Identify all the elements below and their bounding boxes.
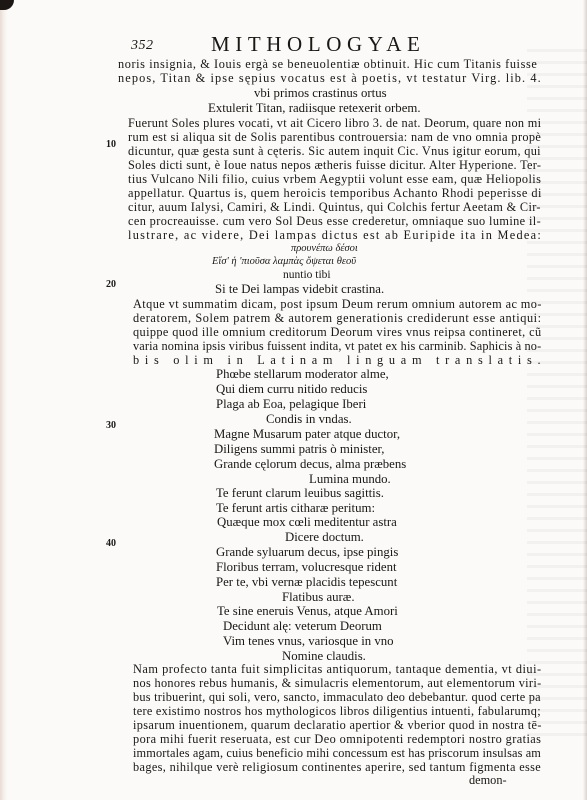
verse-line: Si te Dei lampas videbit crastina. xyxy=(215,282,384,296)
text-line: Atque vt summatim dicam, post ipsum Deum… xyxy=(133,297,542,311)
text-line: quippe quod ille omnium creditorum Deoru… xyxy=(133,325,541,339)
text-line: Nam profecto tanta fuit simplicitas anti… xyxy=(133,662,542,676)
page-header: 352 MITHOLOGYAE xyxy=(131,32,541,54)
margin-line-number: 20 xyxy=(106,279,116,290)
verse-line: Grande syluarum decus, ipse pingis xyxy=(216,545,398,559)
verse-line: Nomine claudis. xyxy=(282,649,366,663)
verse-line: Te sine eneruis Venus, atque Amori xyxy=(217,604,398,618)
text-line: rum est si aliqua sit de Solis parentibu… xyxy=(128,130,541,144)
catchword: demon- xyxy=(469,773,507,787)
margin-line-number: 30 xyxy=(106,420,116,431)
text-line: lustrare, ac videre, Dei lampas dictus e… xyxy=(128,228,542,242)
verse-line: Grande cęlorum decus, alma præbens xyxy=(214,457,406,471)
text-line: Soles dicti sunt, è Ioue natus nepos æth… xyxy=(128,158,541,172)
text-line: bages, nihilque verè religiosum continen… xyxy=(133,760,541,774)
text-line: tius Vulcano Nili filio, cuius vrbem Aeg… xyxy=(128,172,541,186)
text-line: varia nomina ipsis viribus fuissent indi… xyxy=(133,339,541,353)
running-title: MITHOLOGYAE xyxy=(211,32,425,57)
margin-line-number: 10 xyxy=(106,139,116,150)
verse-line: Per te, vbi vernæ placidis tepescunt xyxy=(216,575,397,589)
text-line: immortales agam, cuius beneficio mihi co… xyxy=(133,746,541,760)
text-line: bus tribuerint, qui soli, vero, sancto, … xyxy=(133,690,541,704)
verse-line: Decidunt alę: veterum Deorum xyxy=(223,619,382,633)
text-line: tere existimo nostros hos mythologicos l… xyxy=(133,704,541,718)
greek-line: προυνέπω δέσοι xyxy=(291,242,358,256)
text-line: Fuerunt Soles plures vocati, vt ait Cice… xyxy=(128,116,541,130)
verse-line: Vim tenes vnus, variosque in vno xyxy=(223,634,394,648)
text-line: dicuntur, quæ gesta sunt à cęteris. Sic … xyxy=(128,144,541,158)
verse-line: vbi primos crastinus ortus xyxy=(254,86,387,100)
verse-line: Magne Musarum pater atque ductor, xyxy=(214,427,400,441)
verse-line: Condis in vndas. xyxy=(266,412,352,426)
verse-line: Lumina mundo. xyxy=(309,472,391,486)
text-line: ipsarum inuentionem, quarum declaratio a… xyxy=(133,718,542,732)
margin-line-number: 40 xyxy=(106,538,116,549)
verse-line: Flatibus auræ. xyxy=(282,590,355,604)
text-line: citur, auum Ialysi, Camiri, & Lindi. Qui… xyxy=(128,200,541,214)
verse-line: Plaga ab Eoa, pelagique Iberi xyxy=(216,397,366,411)
verse-line: Diligens summi patris ò minister, xyxy=(214,442,384,456)
text-line: nepos, Titan & ipse sępius vocatus est à… xyxy=(118,71,542,85)
text-line: nos honores rebus humanis, & simulacris … xyxy=(133,676,542,690)
verse-line: nuntio tibi xyxy=(283,268,331,282)
verse-line: Dicere doctum. xyxy=(285,530,364,544)
text-line: noris insignia, & Iouis ergà se beneuole… xyxy=(118,57,537,71)
verse-line: Phœbe stellarum moderator alme, xyxy=(216,367,389,381)
verse-line: Qui diem curru nitido reducis xyxy=(216,382,367,396)
verse-line: Floribus terram, volucresque rident xyxy=(216,560,397,574)
text-line: cen procreauisse. cum vero Sol Deus esse… xyxy=(128,214,541,228)
text-line: bis olim in Latinam linguam translatis. xyxy=(133,353,546,367)
text-line: deratorem, Solem patrem & autorem genera… xyxy=(133,311,542,325)
greek-line: Εἴσ' ἡ 'πιοῦσα λαμπὰς ὄψεται θεοῦ xyxy=(212,255,356,269)
verse-line: Quæque mox cœli meditentur astra xyxy=(217,515,397,529)
verse-line: Te ferunt clarum leuibus sagittis. xyxy=(216,486,384,500)
verse-line: Extulerit Titan, radiisque retexerit orb… xyxy=(208,101,421,115)
text-line: pora mihi fuerit reseruata, est cur Deo … xyxy=(133,732,541,746)
text-line: appellatur. Quartus is, quem heroicis te… xyxy=(128,186,542,200)
book-page: 352 MITHOLOGYAE 10 20 30 40 noris insign… xyxy=(0,0,587,800)
verse-line: Te ferunt artis citharæ peritum: xyxy=(216,501,375,515)
page-number: 352 xyxy=(131,38,154,54)
